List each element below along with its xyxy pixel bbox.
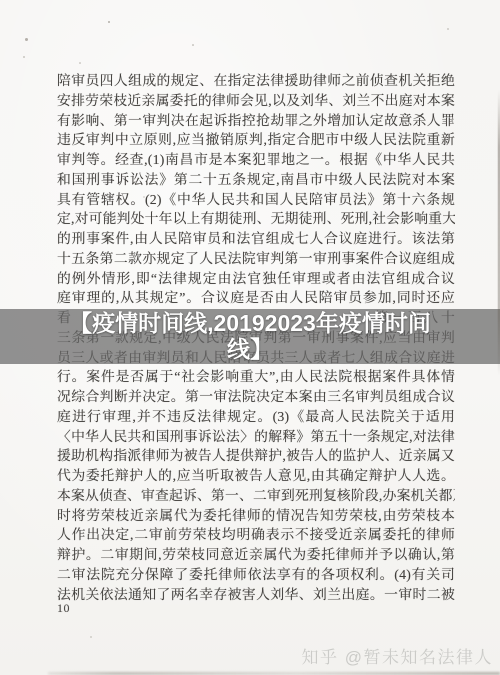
document-text-line: 的刑事案件,由人民陪审员和法官组成七人合议庭进行。该法第 bbox=[57, 229, 455, 249]
document-text-line: 〈中华人民共和国刑事诉讼法〉的解释》第五十一条规定,对法律 bbox=[57, 427, 455, 447]
dust-speck bbox=[90, 636, 92, 638]
dust-speck bbox=[143, 196, 145, 198]
document-text-line: 时将劳荣枝近亲属代为委托律师的情况告知劳荣枝,由劳荣枝本 bbox=[57, 506, 455, 526]
subtitle-overlay-band: 【疫情时间线,20192023年疫情时间 线】 bbox=[0, 309, 500, 364]
document-text-line: 辩护。二审期间,劳荣枝同意近亲属代为委托律师并予以确认,第 bbox=[57, 545, 455, 565]
dust-speck bbox=[108, 21, 110, 23]
page-number: 10 bbox=[57, 601, 70, 616]
document-text-line: 法机关依法通知了两名幸存被害人刘华、刘兰出庭。一审时二被 bbox=[57, 585, 455, 605]
document-text-line: 定,对可能判处十年以上有期徒刑、无期徒刑、死刑,社会影响重大 bbox=[57, 209, 455, 229]
dust-speck bbox=[79, 62, 81, 64]
dust-speck bbox=[25, 38, 28, 41]
document-text-line: 庭审理的,从其规定”。合议庭是否由人民陪审员参加,同时还应 bbox=[57, 288, 455, 308]
document-text-line: 陪审员四人组成的规定、在指定法律援助律师之前侦查机关拒绝 bbox=[57, 71, 455, 91]
document-text-line: 违反审判中立原则,应当撤销原判,指定合肥市中级人民法院重新 bbox=[57, 130, 455, 150]
dust-speck bbox=[447, 28, 449, 30]
overlay-title-line-2: 线】 bbox=[0, 337, 500, 362]
document-text-line: 人作出决定,二审前劳荣枝均明确表示不接受近亲属委托的律师 bbox=[57, 525, 455, 545]
document-text-line: 代为委托辩护人的,应当听取被告人意见,由其确定辩护人人选。 bbox=[57, 466, 455, 486]
document-text-line: 二审法院充分保障了委托律师依法享有的各项权利。(4)有关司 bbox=[57, 565, 455, 585]
document-text-line: 行。案件是否属于“社会影响重大”,由人民法院根据案件具体情 bbox=[57, 367, 455, 387]
overlay-title-line-1: 【疫情时间线,20192023年疫情时间 bbox=[0, 310, 500, 337]
document-text-line: 况综合判断并决定。第一审法院决定本案由三名审判员组成合议 bbox=[57, 387, 455, 407]
document-text-line: 十五条第二款亦规定了人民法院审判第一审刑事案件合议庭组成 bbox=[57, 249, 455, 269]
document-text-line: 的例外情形,即“法律规定由法官独任审理或者由法官组成合议 bbox=[57, 269, 455, 289]
document-text-line: 具有管辖权。(2)《中华人民共和国人民陪审员法》第十六条规 bbox=[57, 190, 455, 210]
document-text-line: 本案从侦查、审查起诉、第一、二审到死刑复核阶段,办案机关都及 bbox=[57, 486, 455, 506]
document-text-line: 庭进行审理,并不违反法律规定。(3)《最高人民法院关于适用 bbox=[57, 407, 455, 427]
document-text-line: 安排劳荣枝近亲属委托的律师会见,以及刘华、刘兰不出庭对本案 bbox=[57, 91, 455, 111]
dust-speck bbox=[23, 56, 25, 58]
scanned-legal-document-page: 陪审员四人组成的规定、在指定法律援助律师之前侦查机关拒绝安排劳荣枝近亲属委托的律… bbox=[0, 0, 500, 675]
document-text-line: 和国刑事诉讼法》第二十五条规定,南昌市中级人民法院对本案 bbox=[57, 170, 455, 190]
document-text-line: 援助机构指派律师为被告人提供辩护,被告人的监护人、近亲属又 bbox=[57, 446, 455, 466]
zhihu-watermark: 知乎 @暂未知名法律人 bbox=[302, 643, 493, 668]
document-text-line: 审判等。经查,(1)南昌市是本案犯罪地之一。根据《中华人民共 bbox=[57, 150, 455, 170]
document-text-line: 有影响、第一审判决在起诉指控抢劫罪之外增加认定故意杀人罪 bbox=[57, 111, 455, 131]
dust-speck bbox=[192, 44, 194, 46]
